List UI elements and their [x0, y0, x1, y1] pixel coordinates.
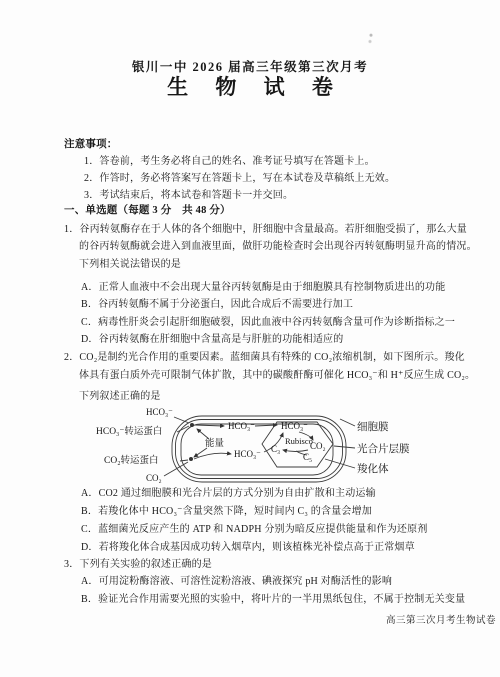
label-hco3-outside: HCO₃⁻	[146, 407, 173, 417]
label-c3: C₃	[271, 444, 280, 454]
label-energy: 能量	[205, 437, 225, 449]
exam-session-title: 银川一中 2026 届高三年级第三次月考	[0, 61, 500, 73]
q2-option-b: B．若羧化体中 HCO₃⁻含量突然下降，短时间内 C₃ 的含量会增加	[81, 506, 372, 518]
label-cell-membrane: 细胞膜	[357, 420, 389, 433]
q1-stem-line-1: 1．谷丙转氨酶存在于人体的各个细胞中，肝细胞中含量最高。若肝细胞受损了，那么大量	[64, 224, 467, 236]
label-co2-outside: CO₂	[146, 473, 162, 483]
q2-option-c: C．蓝细菌光反应产生的 ATP 和 NADPH 分别为暗反应提供能量和作为还原剂	[81, 524, 428, 536]
q2-stem-line-2: 体具有蛋白质外壳可限制气体扩散，其中的碳酸酐酶可催化 HCO₃⁻和 H⁺反应生成…	[79, 370, 475, 382]
hco3-transporter-dot	[190, 423, 194, 427]
q1-stem-line-2: 的谷丙转氨酶就会进入到血液里面，做肝功能检查时会出现谷丙转氨酶明显升高的情况。	[79, 241, 477, 253]
scan-artifact	[366, 31, 376, 45]
q3-option-a: A．可用淀粉酶溶液、可溶性淀粉溶液、碘液探究 pH 对酶活性的影响	[81, 576, 392, 588]
notice-item-1: 1．答卷前，考生务必将自己的姓名、准考证号填写在答题卡上。	[84, 156, 375, 168]
co2-transporter-dot	[189, 457, 193, 461]
notice-heading: 注意事项：	[64, 139, 118, 151]
exam-paper-page: 银川一中 2026 届高三年级第三次月考 生 物 试 卷 注意事项： 1．答卷前…	[0, 0, 500, 677]
q1-option-b: B．谷丙转氨酶不属于分泌蛋白，因此合成后不需要进行加工	[81, 299, 353, 311]
q1-option-a: A．正常人血液中不会出现大量谷丙转氨酶是由于细胞膜具有控制物质进出的功能	[81, 282, 445, 294]
label-lamella-membrane: 光合片层膜	[357, 442, 410, 455]
q3-stem-line-1: 3．下列有关实验的叙述正确的是	[64, 559, 212, 571]
notice-item-2: 2．作答时，务必将答案写在答题卡上，写在本试卷及草稿纸上无效。	[84, 173, 395, 185]
section-heading: 一、单选题（每题 3 分 共 48 分）	[64, 205, 231, 217]
label-carboxysome: 羧化体	[357, 462, 389, 475]
label-hco3-cytosol-low: HCO₃⁻	[234, 449, 261, 459]
label-co2-transporter: CO₂转运蛋白	[104, 454, 159, 466]
label-hco3-carboxysome: HCO₃⁻	[281, 421, 308, 431]
page-footer: 高三第三次月考生物试卷	[386, 615, 496, 627]
label-co2-carboxysome: CO₂	[310, 441, 326, 451]
label-rubisco: Rubisco	[285, 436, 313, 446]
q3-option-b: B．验证光合作用需要光照的实验中，将叶片的一半用黑纸包住，不属于控制无关变量	[81, 594, 465, 606]
label-hco3-transporter: HCO₃⁻转运蛋白	[96, 425, 162, 437]
q2-stem-line-1: 2．CO₂是制约光合作用的重要因素。蓝细菌具有特殊的 CO₂浓缩机制，如下图所示…	[64, 352, 465, 364]
co2-concentration-mechanism-figure: HCO₃⁻ HCO₃⁻转运蛋白 CO₂转运蛋白 CO₂ 能量 HCO₃⁻ HCO…	[88, 402, 448, 492]
q1-option-d: D．谷丙转氨酶在肝细胞中含量高是与肝脏的功能相适应的	[81, 334, 343, 346]
q1-stem-line-3: 下列相关说法错误的是	[79, 259, 181, 271]
notice-item-3: 3．考试结束后，将本试卷和答题卡一并交回。	[84, 190, 293, 202]
label-c5: C₅	[303, 452, 312, 462]
q1-option-c: C．病毒性肝炎会引起肝细胞破裂，因此血液中谷丙转氨酶含量可作为诊断指标之一	[81, 317, 455, 329]
q2-option-a: A．CO2 通过细胞膜和光合片层的方式分别为自由扩散和主动运输	[81, 488, 376, 500]
q2-option-d: D．若将羧化体合成基因成功转入烟草内，则该植株光补偿点高于正常烟草	[81, 542, 415, 554]
paper-title: 生 物 试 卷	[0, 81, 500, 93]
label-hco3-cytosol-top: HCO₃⁻	[228, 421, 255, 431]
